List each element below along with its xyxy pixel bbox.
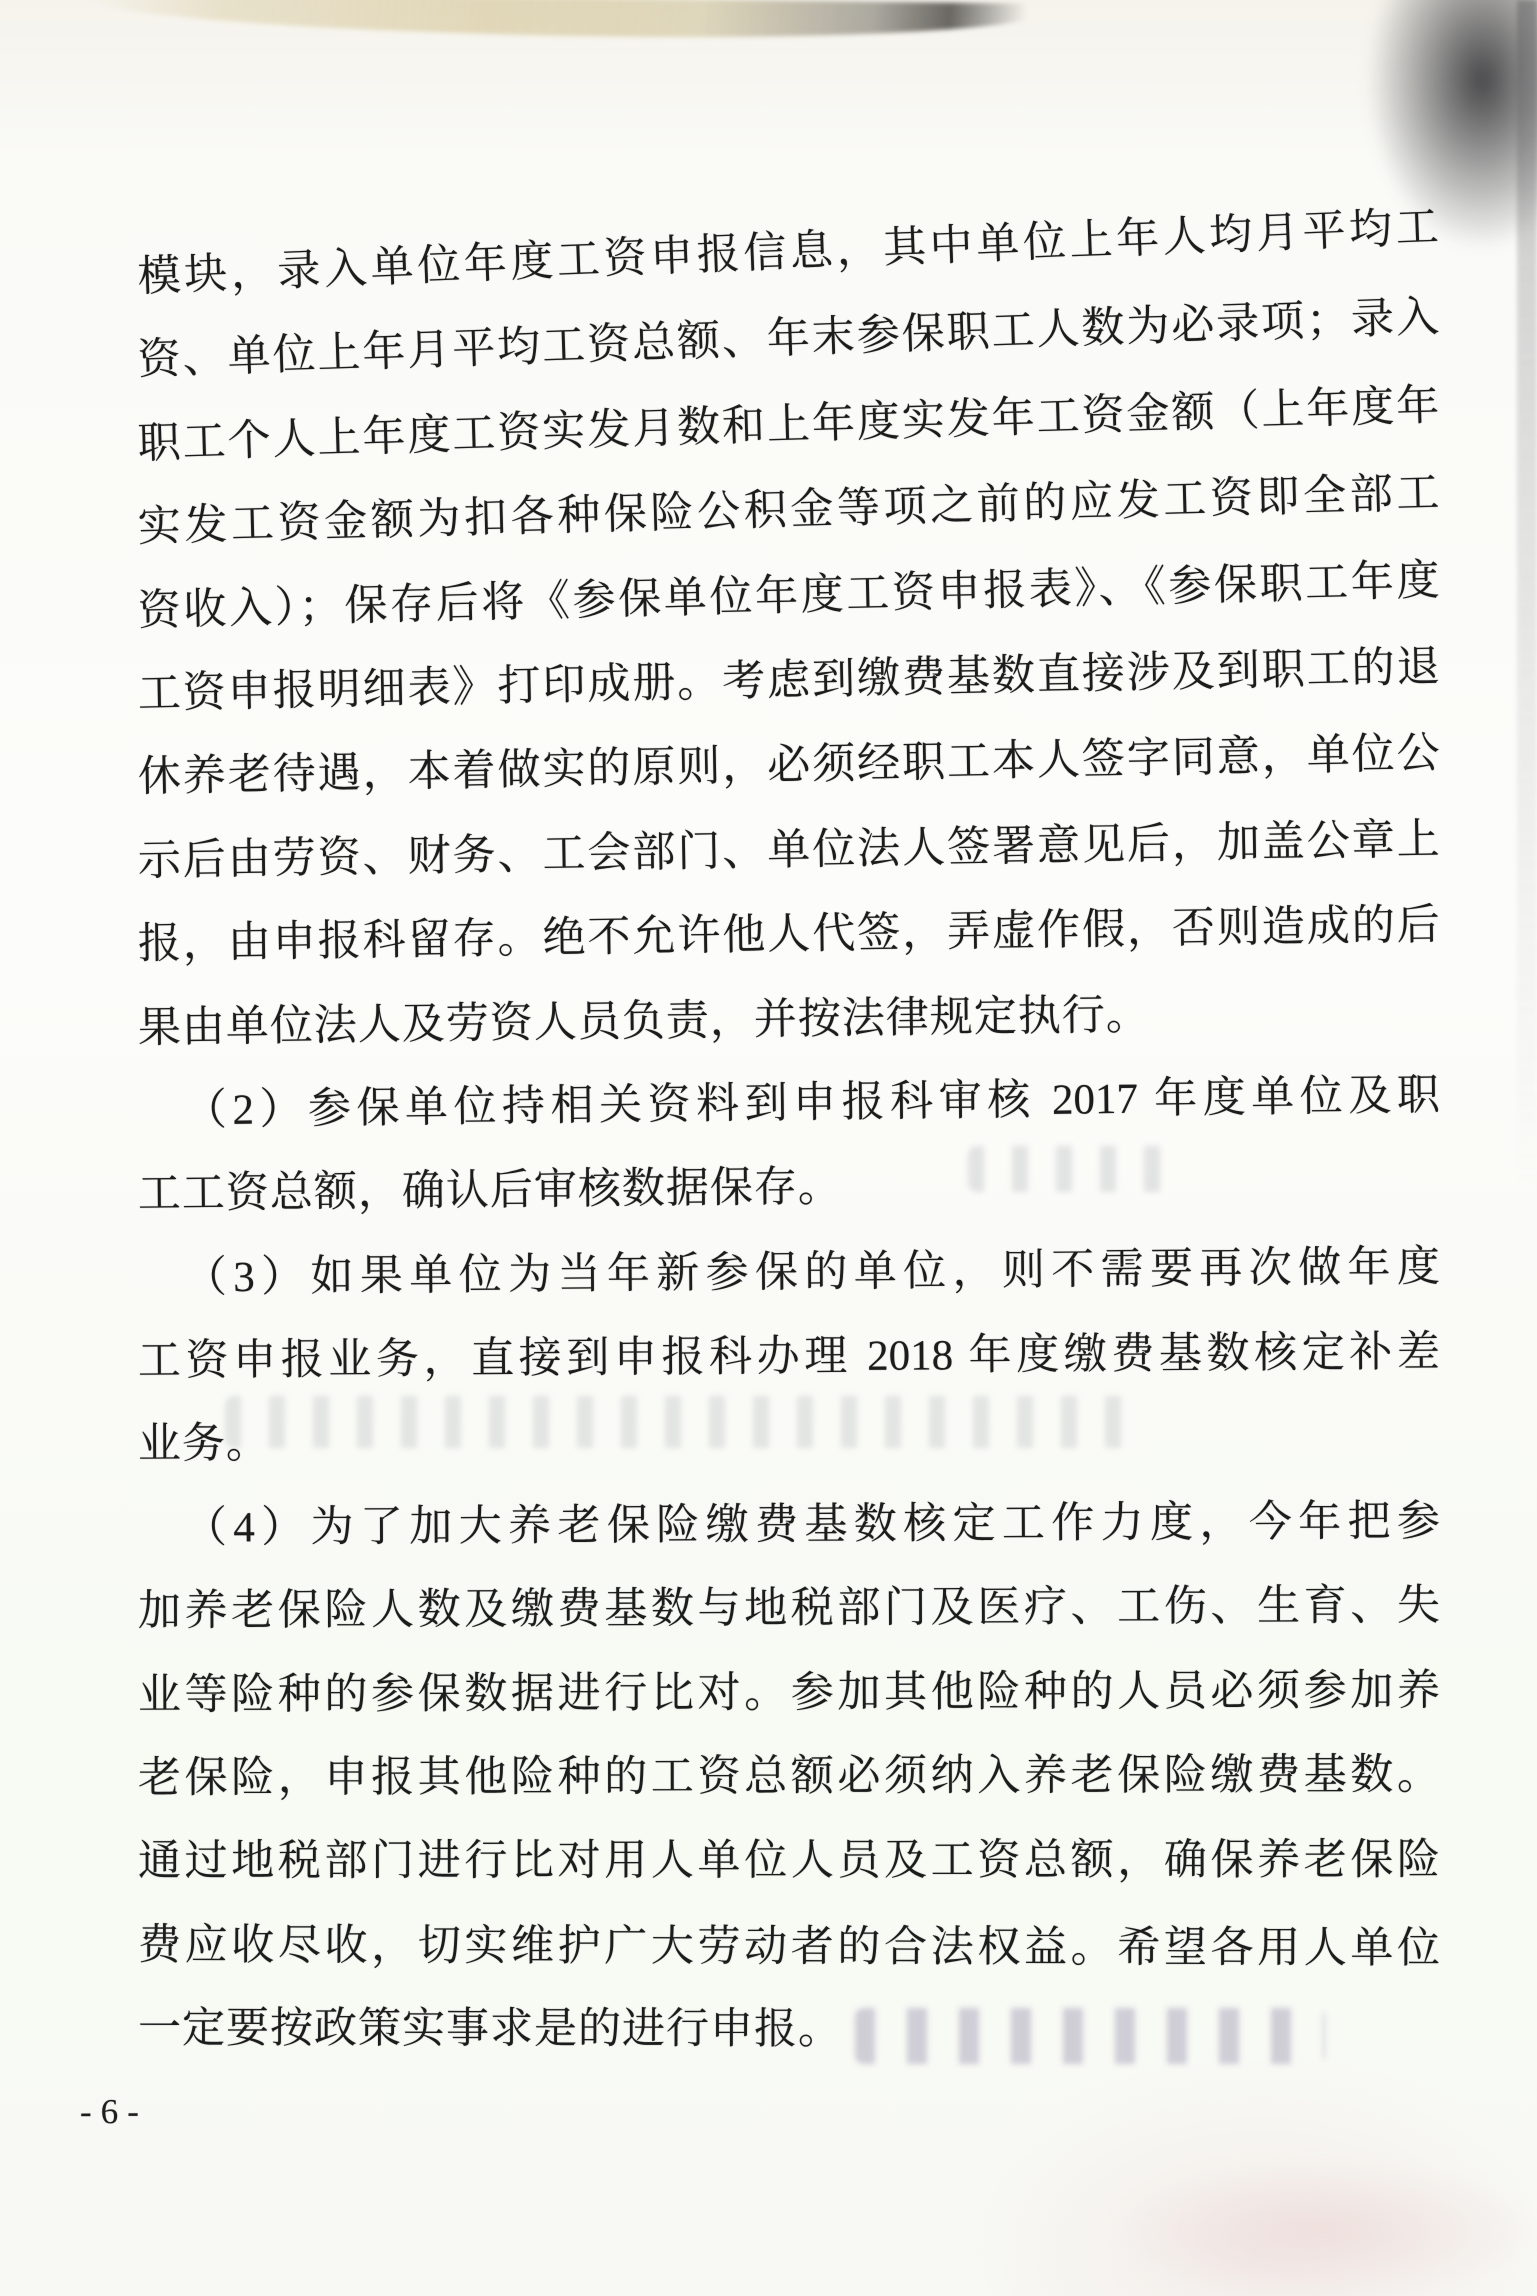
document-text: 模块，录入单位年度工资申报信息，其中单位上年人均月平均工 资、单位上年月平均工资…: [138, 236, 1440, 2071]
text-line: 果由单位法人及劳资人员负责，并按法律规定执行。: [137, 969, 1440, 1069]
text-line: 报，由申报科留存。绝不允许他人代签，弄虚作假，否则造成的后: [137, 884, 1440, 987]
text-line: 工工资总额，确认后审核数据保存。: [137, 1140, 1440, 1237]
scan-artifact-bottom-blotch: [1110, 2160, 1537, 2296]
text-line: 费应收尽收，切实维护广大劳动者的合法权益。希望各用人单位: [138, 1904, 1440, 1991]
text-line: 加养老保险人数及缴费基数与地税部门及医疗、工伤、生育、失: [138, 1565, 1440, 1654]
text-line: （4）为了加大养老保险缴费基数核定工作力度，今年把参: [138, 1480, 1440, 1570]
text-line: （2）参保单位持相关资料到申报科审核 2017 年度单位及职: [137, 1054, 1440, 1153]
text-line: 工资申报业务，直接到申报科办理 2018 年度缴费基数核定补差: [138, 1311, 1441, 1403]
text-line: 一定要按政策实事求是的进行申报。: [138, 1987, 1440, 2073]
text-line: 老保险，申报其他险种的工资总额必须纳入养老保险缴费基数。: [138, 1734, 1440, 1821]
page-number: -6-: [80, 2092, 148, 2132]
text-line: （3）如果单位为当年新参保的单位，则不需要再次做年度: [138, 1225, 1441, 1320]
scanned-document-page: 模块，录入单位年度工资申报信息，其中单位上年人均月平均工 资、单位上年月平均工资…: [0, 0, 1537, 2296]
text-line: 业务。: [138, 1396, 1440, 1487]
text-line: 通过地税部门进行比对用人单位人员及工资总额，确保养老保险: [138, 1819, 1440, 1904]
scan-artifact-right-edge-shadow: [1517, 0, 1537, 1650]
text-line: 业等险种的参保数据进行比对。参加其他险种的人员必须参加养: [138, 1649, 1440, 1737]
scan-artifact-top-edge: [85, 0, 1045, 42]
